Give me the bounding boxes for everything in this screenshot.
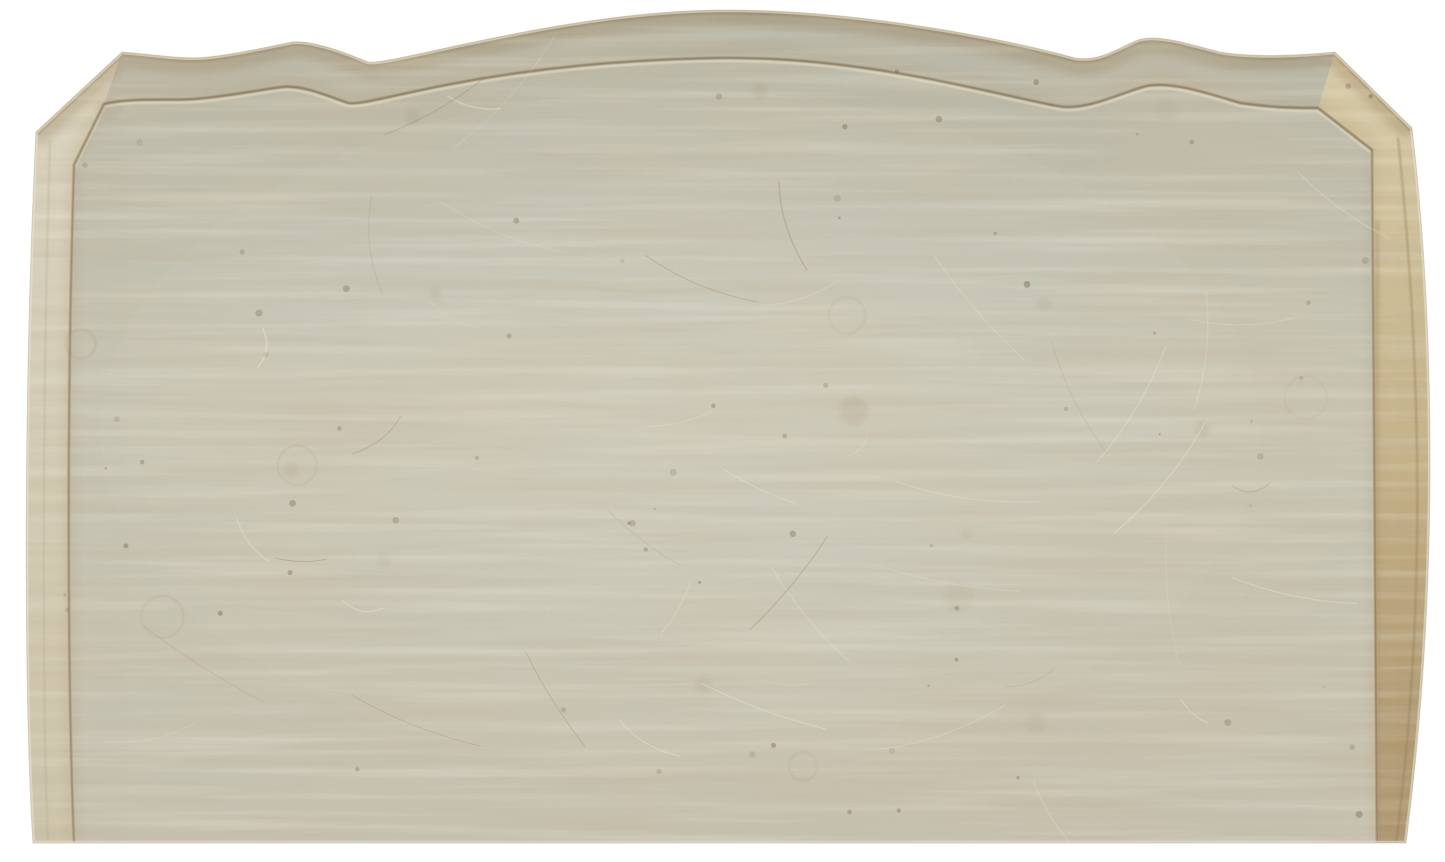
fine-speckle-texture [0, 0, 1445, 862]
product-photo [0, 0, 1445, 862]
photo-canvas: { "scene": { "type": "product-photograph… [0, 0, 1445, 862]
tabletop-photo-svg [0, 0, 1445, 862]
